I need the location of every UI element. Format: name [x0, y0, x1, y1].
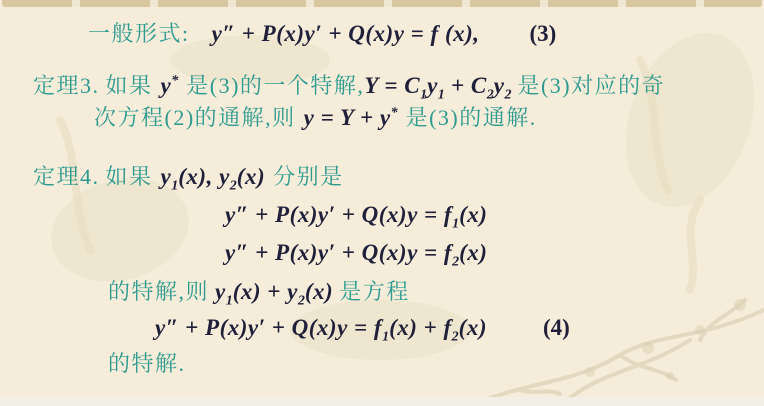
superposition-term: Y = C1y1 + C2y2 — [364, 71, 511, 101]
equation-number-3: (3) — [530, 19, 557, 49]
math-part: (x) + y — [233, 279, 298, 304]
math-subscript: 2 — [452, 330, 459, 345]
theorem4-text-a: 分别是 — [273, 162, 344, 192]
math-part: + C — [445, 73, 487, 98]
equation-f1-line: y″ + P(x)y′ + Q(x)y = f1(x) — [225, 200, 487, 230]
math-subscript: 2 — [298, 294, 305, 309]
theorem3-line1: 定理3. 如果 y* 是(3)的一个特解, Y = C1y1 + C2y2 是(… — [33, 71, 665, 101]
math-subscript: 1 — [420, 88, 427, 103]
math-part: (x) — [459, 202, 487, 227]
math-part: y — [215, 279, 226, 304]
theorem3-line2-text-b: 是(3)的通解. — [406, 103, 537, 133]
theorem4-line2: 的特解,则 y1(x) + y2(x) 是方程 — [108, 277, 410, 307]
math-subscript: 2 — [487, 88, 494, 103]
theorem4-text-d: 的特解. — [108, 349, 186, 379]
general-form-equation: y″ + P(x)y′ + Q(x)y = f (x), — [212, 19, 480, 49]
theorem3-if: 如果 — [106, 71, 153, 101]
general-solution-term: y = Y + y* — [304, 103, 398, 133]
theorem3-line2-text-a: 次方程(2)的通解,则 — [94, 103, 296, 133]
math-subscript: 1 — [226, 294, 233, 309]
math-part: (x) — [305, 279, 333, 304]
math-part: y — [161, 164, 172, 189]
math-subscript: 1 — [438, 88, 445, 103]
math-part: y″ + P(x)y′ + Q(x)y = f — [225, 202, 452, 227]
math-part: y — [161, 73, 172, 98]
math-part: (x) — [237, 164, 265, 189]
equation-f1: y″ + P(x)y′ + Q(x)y = f1(x) — [225, 200, 487, 230]
math-superscript: * — [391, 105, 398, 120]
math-part: Y = C — [364, 73, 420, 98]
math-part: y = Y + y — [304, 105, 391, 130]
theorem4-line3: 的特解. — [108, 349, 186, 379]
theorem4-if: 如果 — [106, 162, 153, 192]
math-part: y″ + P(x)y′ + Q(x)y = f — [225, 240, 452, 265]
equation-number-4: (4) — [543, 313, 570, 343]
math-part: (x) — [459, 240, 487, 265]
math-part: (x) — [459, 315, 487, 340]
equation-4-line: y″ + P(x)y′ + Q(x)y = f1(x) + f2(x) (4) — [155, 313, 570, 343]
lecture-slide: 一般形式: y″ + P(x)y′ + Q(x)y = f (x), (3) 定… — [0, 0, 764, 406]
slide-bottom-border — [0, 397, 764, 406]
math-subscript: 2 — [230, 179, 237, 194]
general-form-label: 一般形式: — [88, 19, 190, 49]
theorem3-head: 定理3. — [33, 71, 100, 101]
math-part: y″ + P(x)y′ + Q(x)y = f — [155, 315, 382, 340]
math-subscript: 2 — [504, 88, 511, 103]
theorem3-text-b: 是(3)对应的奇 — [517, 71, 665, 101]
theorem4-head: 定理4. — [33, 162, 100, 192]
theorem4-text-b: 的特解,则 — [108, 277, 209, 307]
y-star-term: y* — [161, 71, 179, 101]
theorem3-text-a: 是(3)的一个特解, — [186, 71, 364, 101]
theorem4-text-c: 是方程 — [339, 277, 410, 307]
general-form-line: 一般形式: y″ + P(x)y′ + Q(x)y = f (x), (3) — [88, 19, 556, 49]
solution-pair-term: y1(x), y2(x) — [161, 162, 266, 192]
math-part: (x) + f — [389, 315, 452, 340]
equation-f2: y″ + P(x)y′ + Q(x)y = f2(x) — [225, 238, 487, 268]
math-superscript: * — [171, 73, 178, 88]
theorem3-line2: 次方程(2)的通解,则 y = Y + y* 是(3)的通解. — [94, 103, 537, 133]
slide-top-border — [2, 0, 762, 7]
solution-sum-term: y1(x) + y2(x) — [215, 277, 333, 307]
equation-f1-plus-f2: y″ + P(x)y′ + Q(x)y = f1(x) + f2(x) — [155, 313, 487, 343]
math-part: (x), y — [178, 164, 230, 189]
theorem4-line1: 定理4. 如果 y1(x), y2(x) 分别是 — [33, 162, 344, 192]
math-part: y — [427, 73, 438, 98]
equation-f2-line: y″ + P(x)y′ + Q(x)y = f2(x) — [225, 238, 487, 268]
math-part: y — [494, 73, 505, 98]
